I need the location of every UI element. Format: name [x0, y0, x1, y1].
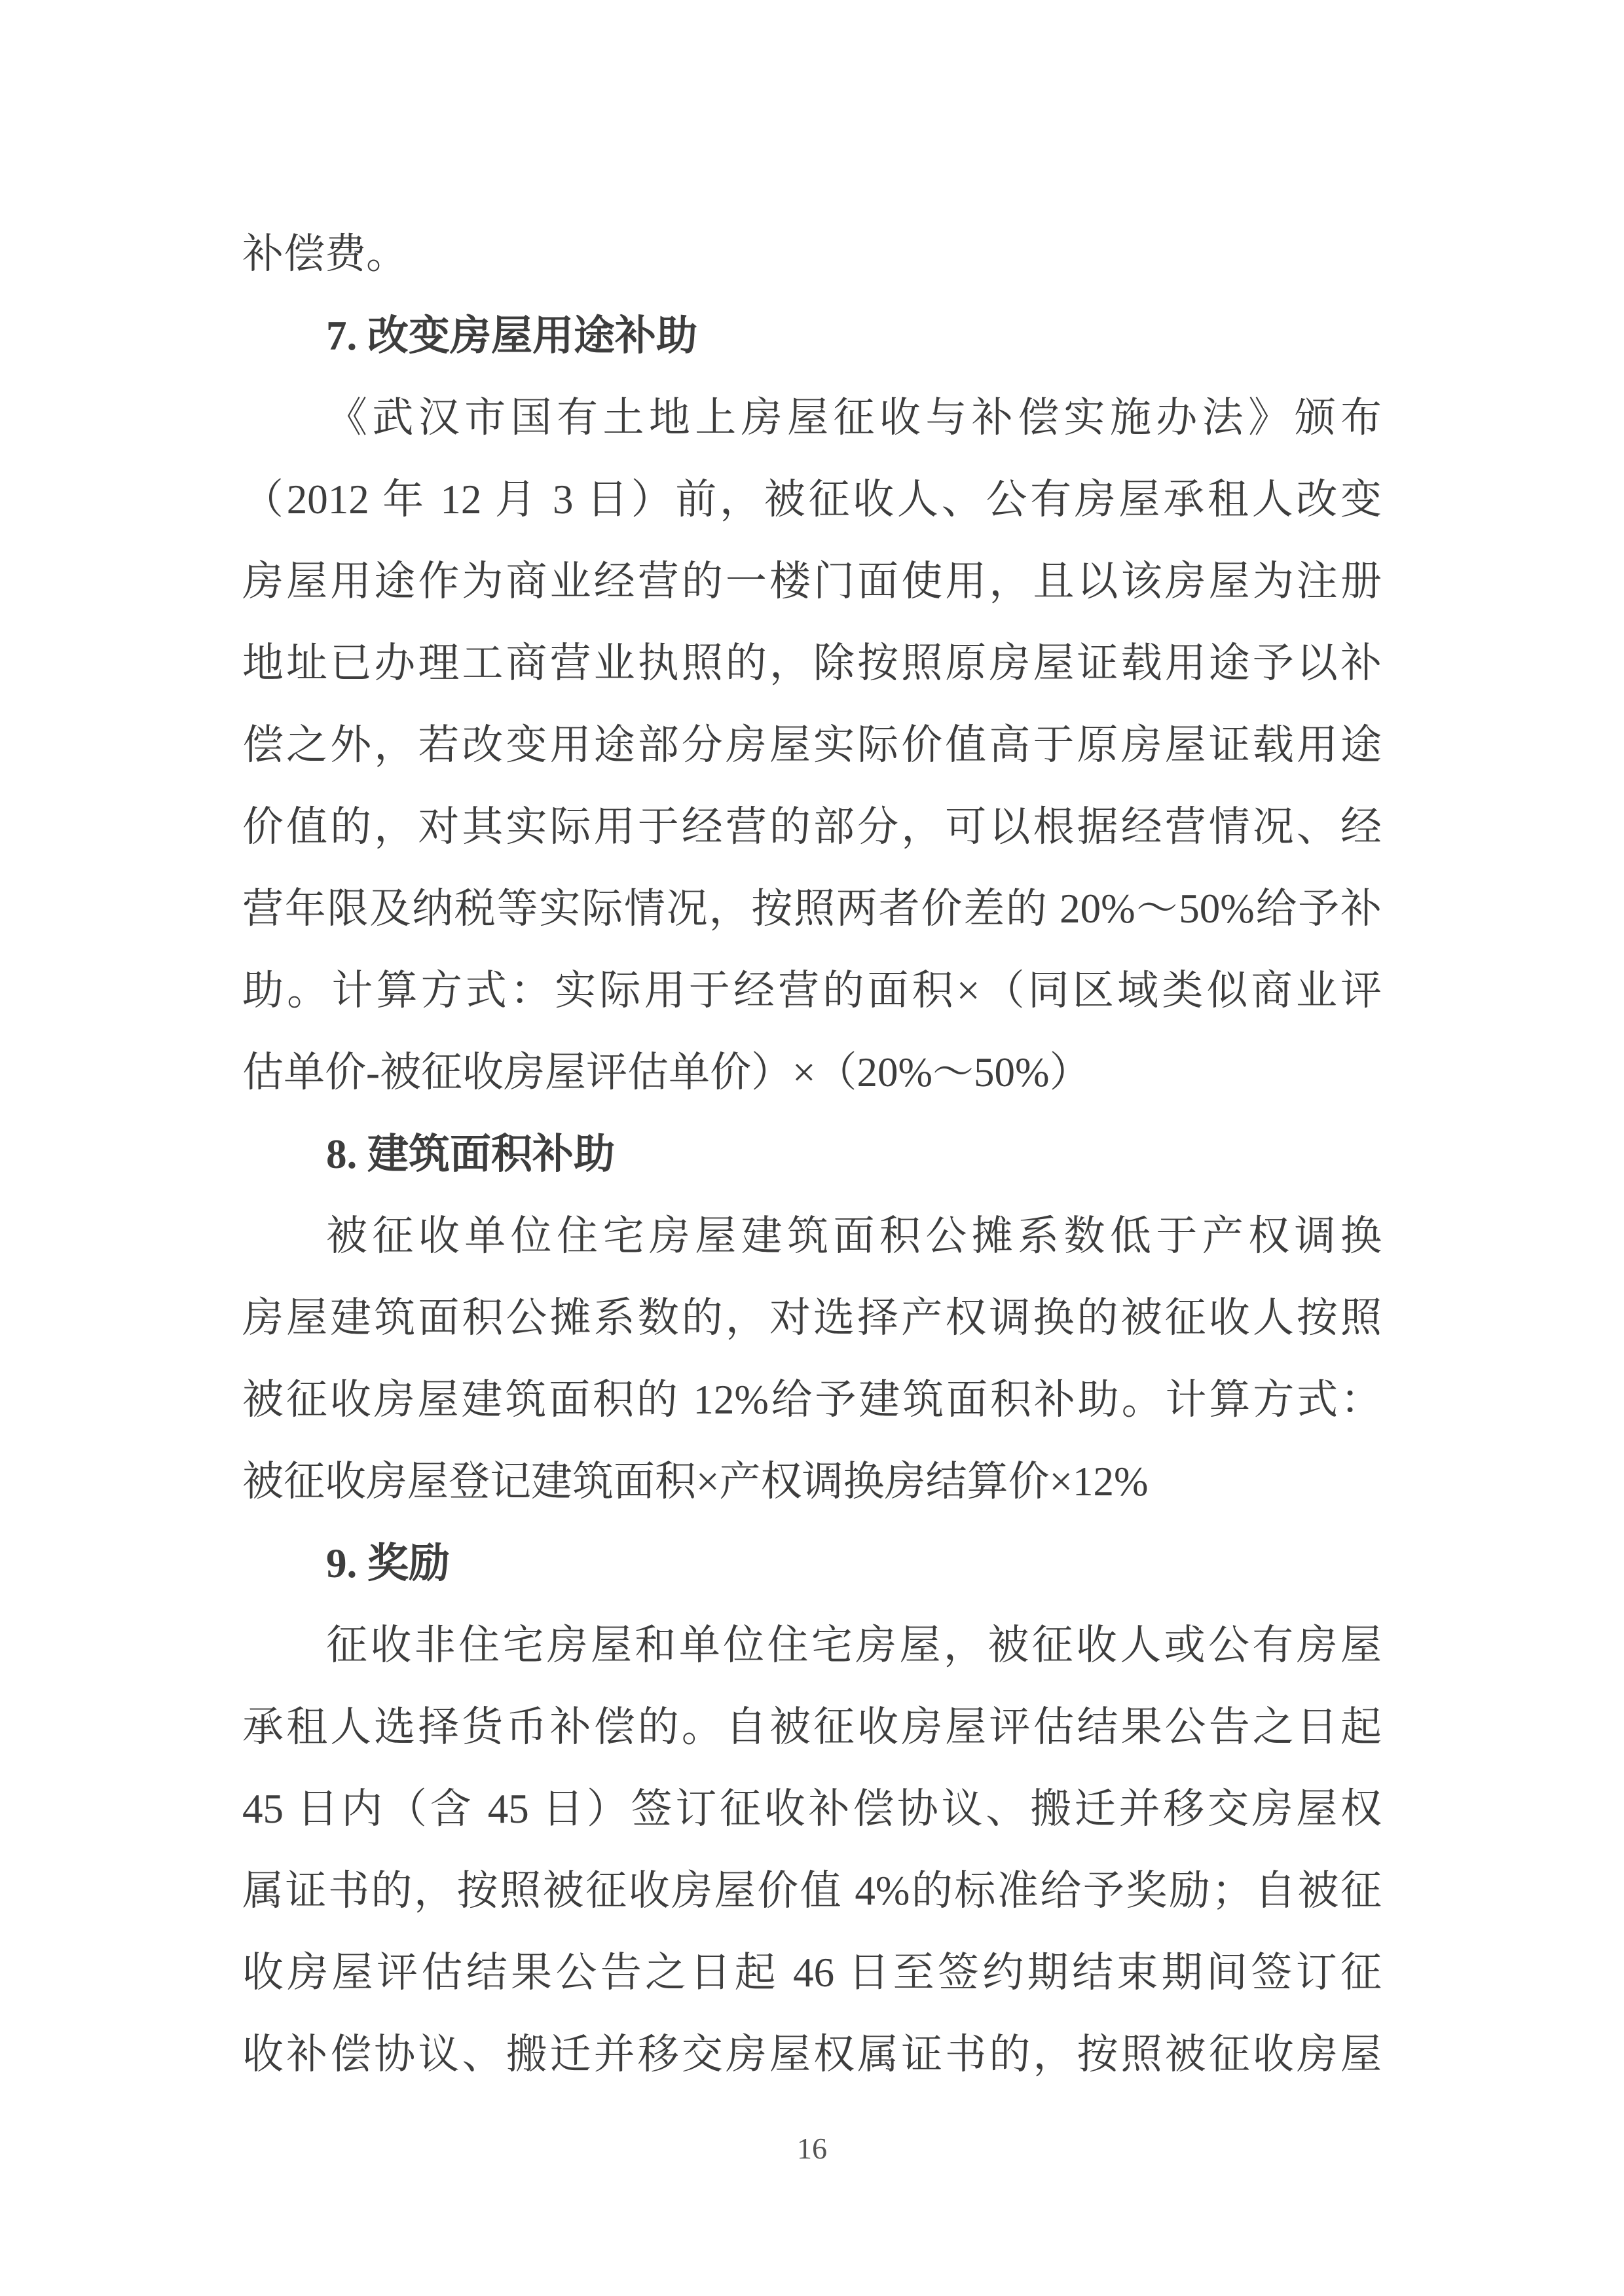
section-heading: 9. 奖励 — [242, 1523, 1382, 1605]
section-heading: 7. 改变房屋用途补助 — [242, 295, 1382, 377]
document-page: 补偿费。7. 改变房屋用途补助《武汉市国有土地上房屋征收与补偿实施办法》颁布（2… — [0, 0, 1624, 2296]
page-number: 16 — [0, 2131, 1624, 2166]
text-line: 偿之外，若改变用途部分房屋实际价值高于原房屋证载用途 — [242, 704, 1382, 786]
text-line: 承租人选择货币补偿的。自被征收房屋评估结果公告之日起 — [242, 1686, 1382, 1768]
text-line: 属证书的，按照被征收房屋价值 4%的标准给予奖励；自被征 — [242, 1850, 1382, 1932]
text-line: 价值的，对其实际用于经营的部分，可以根据经营情况、经 — [242, 786, 1382, 868]
text-line: 收房屋评估结果公告之日起 46 日至签约期结束期间签订征 — [242, 1932, 1382, 2014]
text-line: 地址已办理工商营业执照的，除按照原房屋证载用途予以补 — [242, 623, 1382, 704]
text-line: 被征收单位住宅房屋建筑面积公摊系数低于产权调换 — [242, 1195, 1382, 1277]
text-line: 《武汉市国有土地上房屋征收与补偿实施办法》颁布 — [242, 377, 1382, 459]
text-line: 收补偿协议、搬迁并移交房屋权属证书的，按照被征收房屋 — [242, 2014, 1382, 2096]
section-heading: 8. 建筑面积补助 — [242, 1114, 1382, 1195]
text-line: 估单价-被征收房屋评估单价）×（20%～50%） — [242, 1032, 1382, 1114]
text-block: 补偿费。7. 改变房屋用途补助《武汉市国有土地上房屋征收与补偿实施办法》颁布（2… — [242, 213, 1382, 2096]
text-line: 45 日内（含 45 日）签订征收补偿协议、搬迁并移交房屋权 — [242, 1768, 1382, 1850]
text-line: 助。计算方式：实际用于经营的面积×（同区域类似商业评 — [242, 950, 1382, 1032]
text-line: 补偿费。 — [242, 213, 1382, 295]
text-line: （2012 年 12 月 3 日）前，被征收人、公有房屋承租人改变 — [242, 459, 1382, 541]
text-line: 房屋建筑面积公摊系数的，对选择产权调换的被征收人按照 — [242, 1277, 1382, 1359]
text-line: 被征收房屋建筑面积的 12%给予建筑面积补助。计算方式： — [242, 1359, 1382, 1441]
text-line: 营年限及纳税等实际情况，按照两者价差的 20%～50%给予补 — [242, 868, 1382, 950]
text-line: 房屋用途作为商业经营的一楼门面使用，且以该房屋为注册 — [242, 541, 1382, 623]
text-line: 被征收房屋登记建筑面积×产权调换房结算价×12% — [242, 1441, 1382, 1523]
text-line: 征收非住宅房屋和单位住宅房屋，被征收人或公有房屋 — [242, 1605, 1382, 1686]
